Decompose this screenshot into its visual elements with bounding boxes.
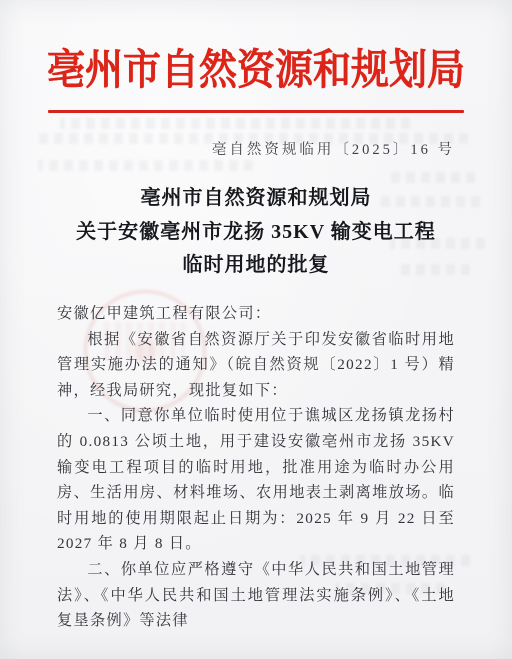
document-number: 亳自然资规临用〔2025〕16 号: [0, 138, 455, 159]
title-line-2: 关于安徽亳州市龙扬 35KV 输变电工程: [0, 216, 512, 250]
agency-masthead: 亳州市自然资源和规划局: [0, 37, 512, 105]
body-paragraph-approval-item-1: 一、同意你单位临时使用位于谯城区龙扬镇龙扬村的 0.0813 公顷土地，用于建设…: [57, 403, 455, 557]
document-body: 安徽亿甲建筑工程有限公司： 根据《安徽省自然资源厅关于印发安徽省临时用地管理实施…: [57, 301, 455, 634]
scanned-document-page: 亳州市自然资源和规划局 亳自然资规临用〔2025〕16 号 亳州市自然资源和规划…: [0, 0, 512, 659]
document-title: 亳州市自然资源和规划局 关于安徽亳州市龙扬 35KV 输变电工程 临时用地的批复: [0, 182, 512, 283]
recipient-line: 安徽亿甲建筑工程有限公司：: [57, 301, 455, 327]
title-line-3: 临时用地的批复: [0, 249, 512, 283]
bleed-through-text: [38, 160, 253, 171]
body-paragraph-basis: 根据《安徽省自然资源厅关于印发安徽省临时用地管理实施办法的通知》（皖自然资规〔2…: [57, 327, 455, 404]
red-divider-line: [48, 110, 464, 113]
bleed-through-text: [60, 118, 410, 129]
title-line-1: 亳州市自然资源和规划局: [0, 182, 512, 216]
body-paragraph-approval-item-2: 二、你单位应严格遵守《中华人民共和国土地管理法》、《中华人民共和国土地管理法实施…: [57, 557, 455, 634]
